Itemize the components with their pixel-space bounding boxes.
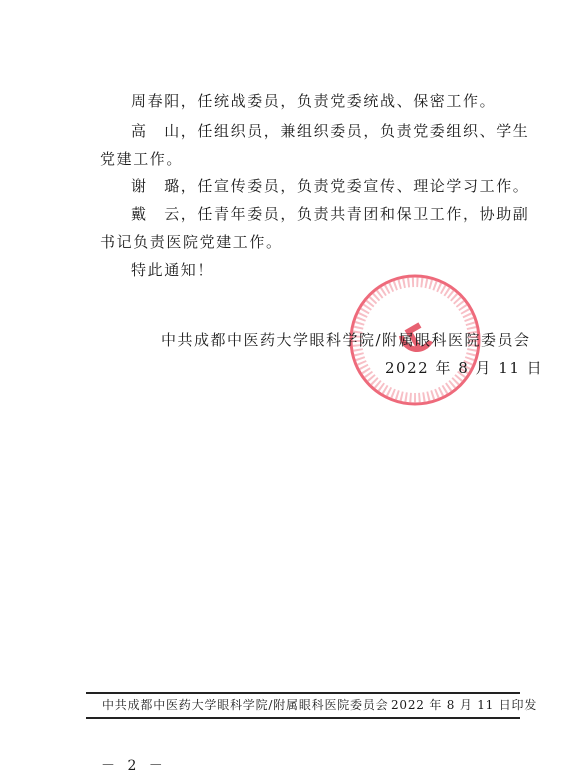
signature-organization: 中共成都中医药大学眼科学院/附属眼科医院委员会 (161, 330, 531, 350)
signature-date: 2022 年 8 月 11 日 (385, 358, 543, 378)
footer-top-rule (86, 692, 520, 694)
footer-bottom-rule (86, 717, 520, 719)
paragraph-gao-shan: 高 山，任组织员，兼组织委员，负责党委组织、学生 (131, 121, 529, 141)
page-number: － 2 － (101, 758, 167, 774)
paragraph-gao-shan-cont: 党建工作。 (100, 149, 183, 169)
paragraph-xie-lu: 谢 璐，任宣传委员，负责党委宣传、理论学习工作。 (131, 176, 529, 196)
paragraph-dai-yun-cont: 书记负责医院党建工作。 (100, 232, 283, 252)
footer-issuer: 中共成都中医药大学眼科学院/附属眼科医院委员会 (102, 697, 388, 713)
paragraph-zhou-chunyang: 周春阳，任统战委员，负责党委统战、保密工作。 (131, 91, 496, 111)
footer-issue-date: 2022 年 8 月 11 日印发 (391, 697, 537, 713)
paragraph-dai-yun: 戴 云，任青年委员，负责共青团和保卫工作，协助副 (131, 204, 529, 224)
closing-notice: 特此通知！ (131, 260, 214, 280)
